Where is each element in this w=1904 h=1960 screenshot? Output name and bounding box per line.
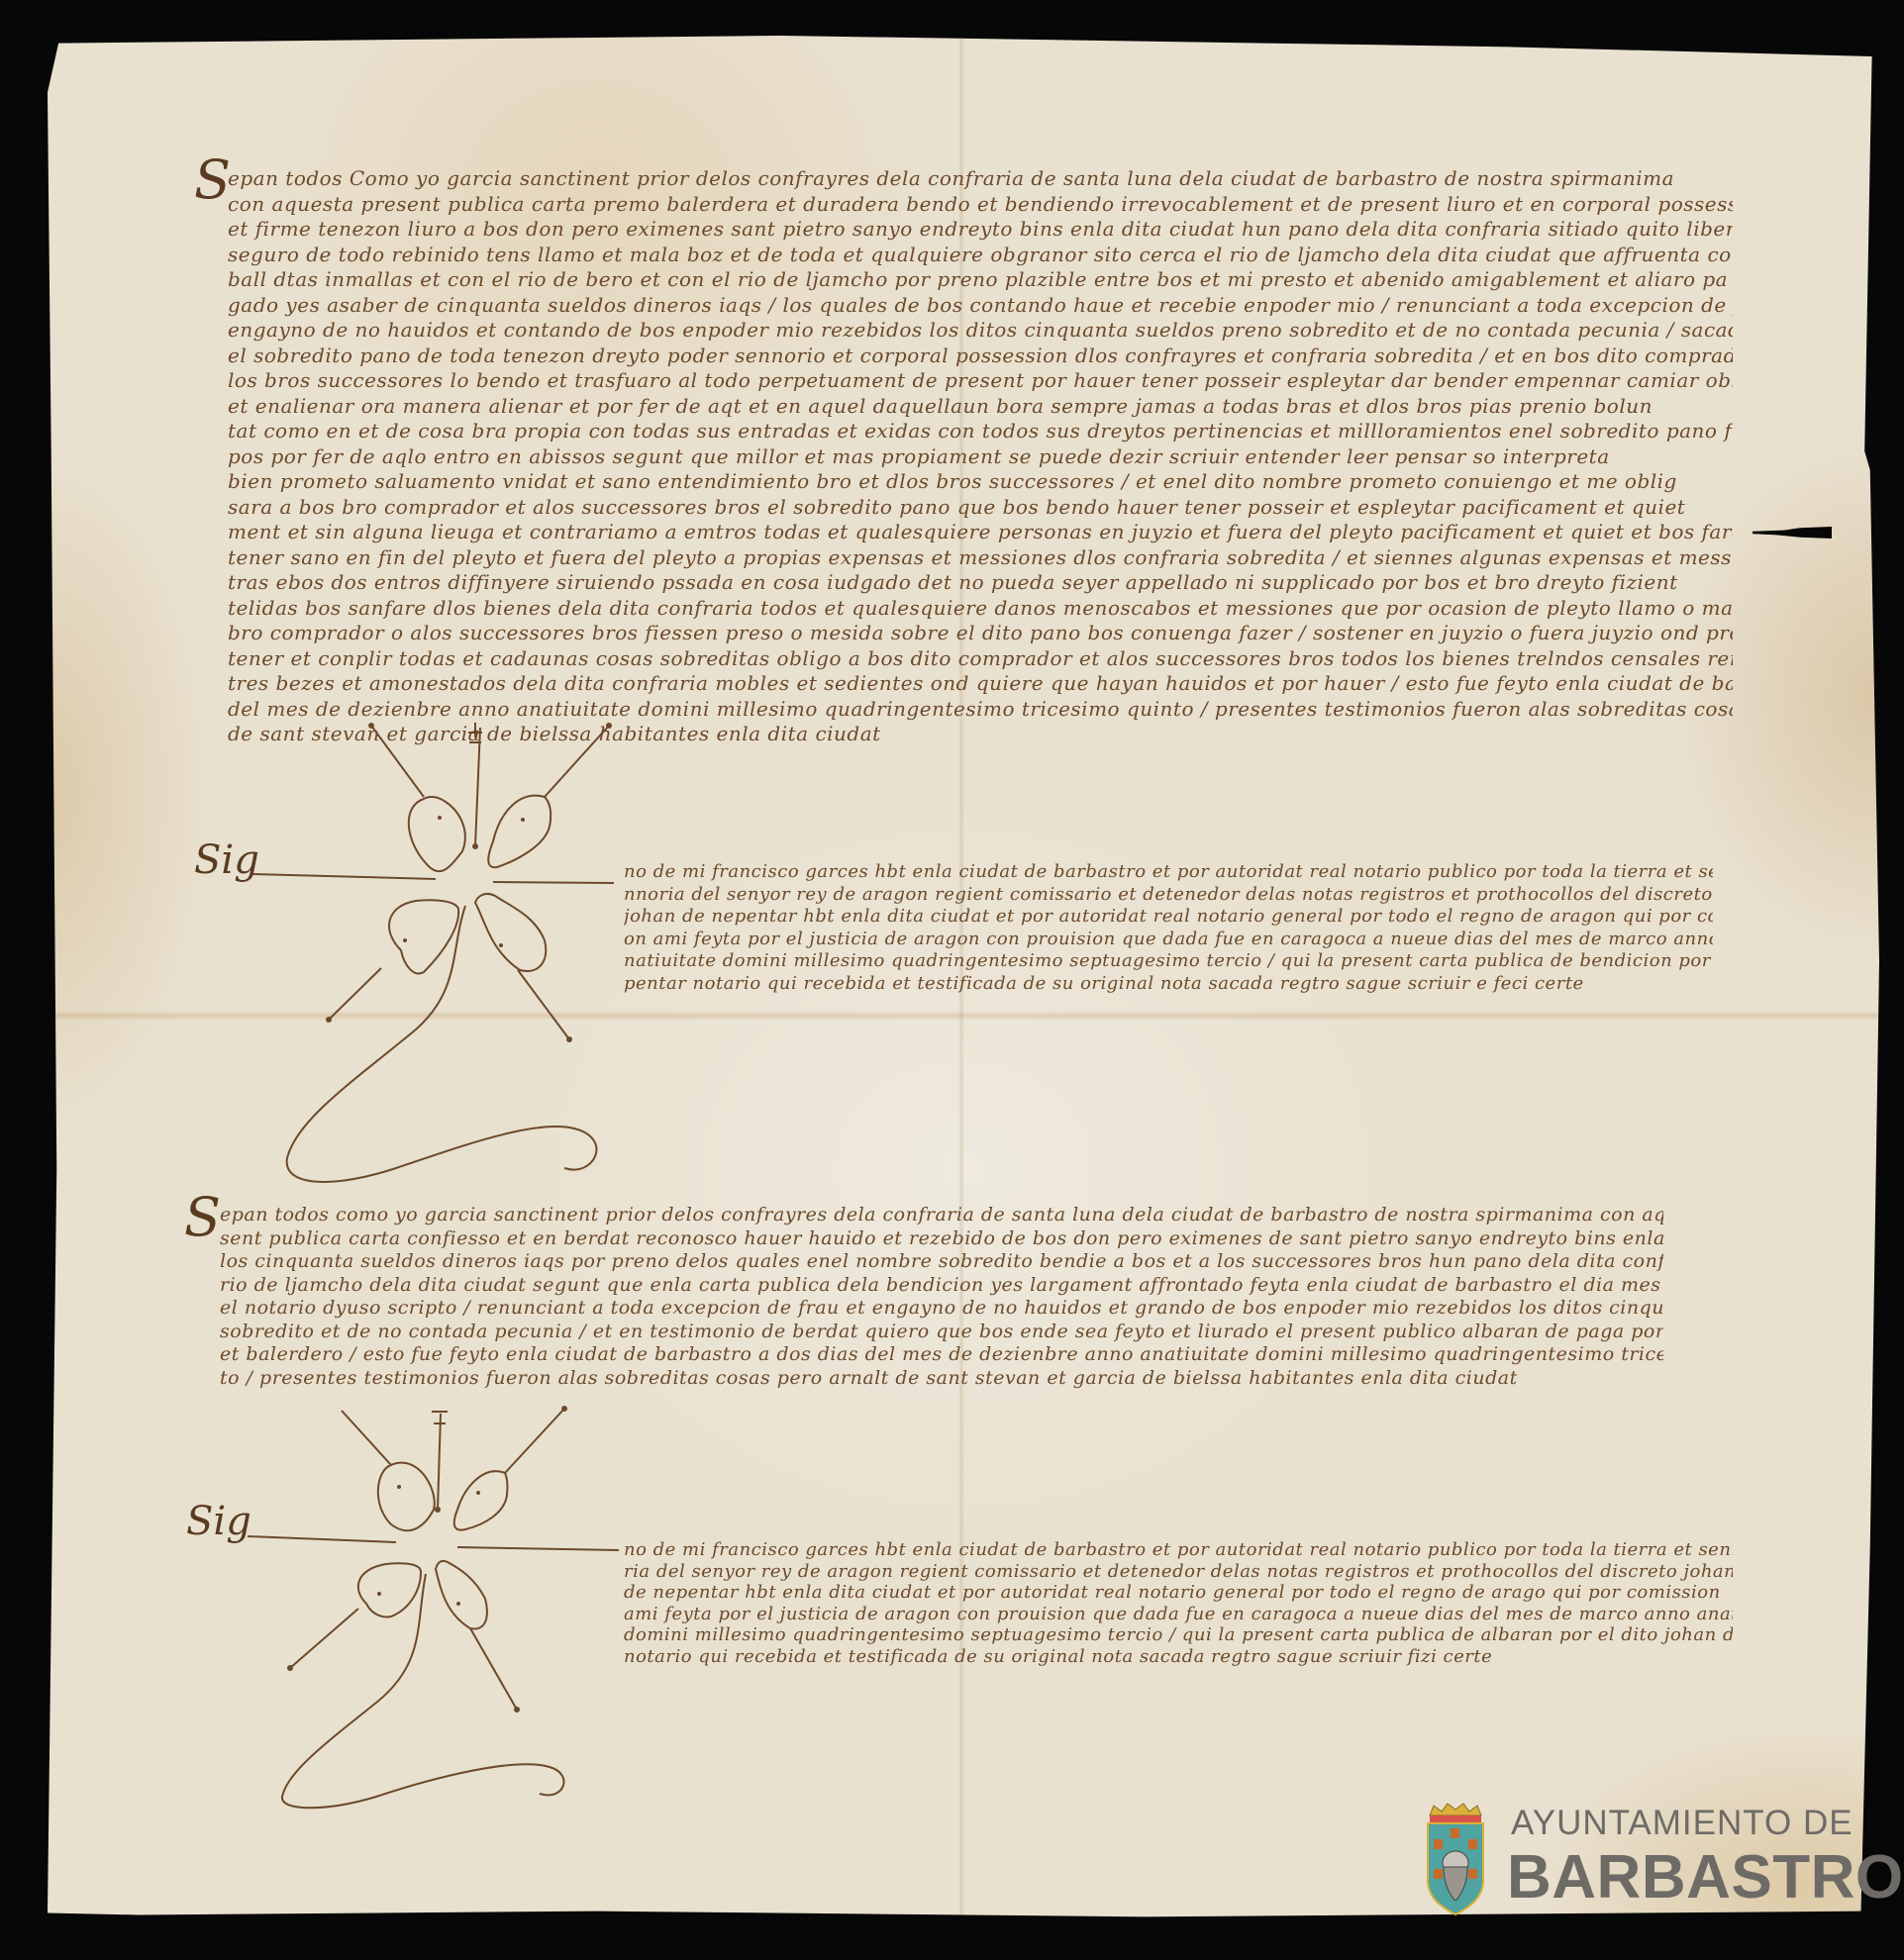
notarial-signum-2-icon <box>178 1406 644 1821</box>
text-line: epan todos Como yo garcia sanctinent pri… <box>228 166 1733 192</box>
text-line: gado yes asaber de cinquanta sueldos din… <box>228 293 1733 319</box>
text-line: sobredito et de no contada pecunia / et … <box>220 1321 1663 1344</box>
text-line: et firme tenezon liuro a bos don pero ex… <box>228 217 1733 243</box>
text-line: tener et conplir todas et cadaunas cosas… <box>228 646 1733 672</box>
text-line: tras ebos dos entros diffinyere siruiend… <box>228 570 1733 596</box>
text-line: ria del senyor rey de aragon regient com… <box>624 1561 1733 1583</box>
text-line: pentar notario qui recebida et testifica… <box>624 973 1713 996</box>
section-2-notary-subscription: no de mi francisco garces hbt enla ciuda… <box>624 861 1713 995</box>
text-line: con aquesta present publica carta premo … <box>228 192 1733 218</box>
text-line: natiuitate domini millesimo quadringente… <box>624 950 1713 973</box>
text-line: et balerdero / esto fue feyto enla ciuda… <box>220 1343 1663 1367</box>
text-line: no de mi francisco garces hbt enla ciuda… <box>624 1539 1733 1561</box>
text-line: ment et sin alguna lieuga et contrariamo… <box>228 520 1733 545</box>
logo-line-2: BARBASTRO <box>1507 1847 1904 1909</box>
text-line: no de mi francisco garces hbt enla ciuda… <box>624 861 1713 884</box>
text-line: sara a bos bro comprador et alos success… <box>228 495 1733 521</box>
text-line: ami feyta por el justicia de aragon con … <box>624 1604 1733 1625</box>
text-line: los bros successores lo bendo et trasfua… <box>228 368 1733 394</box>
text-line: on ami feyta por el justicia de aragon c… <box>624 929 1713 951</box>
text-line: telidas bos sanfare dlos bienes dela dit… <box>228 596 1733 622</box>
text-line: tat como en et de cosa bra propia con to… <box>228 419 1733 444</box>
text-line: el sobredito pano de toda tenezon dreyto… <box>228 343 1733 369</box>
section-4-notary-subscription: no de mi francisco garces hbt enla ciuda… <box>624 1539 1733 1667</box>
text-line: pos por fer de aqlo entro en abissos seg… <box>228 444 1733 470</box>
text-line: et enalienar ora manera alienar et por f… <box>228 394 1733 420</box>
section-3-text: epan todos como yo garcia sanctinent pri… <box>198 1204 1663 1390</box>
text-line: de nepentar hbt enla dita ciudat et por … <box>624 1582 1733 1604</box>
ayuntamiento-barbastro-logo: AYUNTAMIENTO DE BARBASTRO <box>1422 1802 1877 1918</box>
text-line: bien prometo saluamento vnidat et sano e… <box>228 469 1733 495</box>
text-line: sent publica carta confiesso et en berda… <box>220 1227 1663 1251</box>
text-line: el notario dyuso scripto / renunciant a … <box>220 1297 1663 1321</box>
text-line: los cinquanta sueldos dineros iaqs por p… <box>220 1250 1663 1274</box>
text-line: to / presentes testimonios fueron alas s… <box>220 1367 1663 1391</box>
text-line: johan de nepentar hbt enla dita ciudat e… <box>624 906 1713 929</box>
text-line: engayno de no hauidos et contando de bos… <box>228 318 1733 343</box>
text-line: seguro de todo rebinido tens llamo et ma… <box>228 243 1733 268</box>
text-line: bro comprador o alos successores bros fi… <box>228 621 1733 646</box>
coat-of-arms-icon <box>1424 1802 1487 1916</box>
text-line: tener sano en fin del pleyto et fuera de… <box>228 545 1733 571</box>
text-line: nnoria del senyor rey de aragon regient … <box>624 884 1713 907</box>
text-line: domini millesimo quadringentesimo septua… <box>624 1624 1733 1646</box>
logo-line-1: AYUNTAMIENTO DE <box>1511 1804 1854 1843</box>
text-line: ball dtas inmallas et con el rio de bero… <box>228 267 1733 293</box>
text-line: rio de ljamcho dela dita ciudat segunt q… <box>220 1274 1663 1298</box>
text-line: epan todos como yo garcia sanctinent pri… <box>220 1204 1663 1227</box>
notarial-signum-1-icon <box>178 693 644 1247</box>
section-1-text: epan todos Como yo garcia sanctinent pri… <box>208 166 1733 747</box>
text-line: notario qui recebida et testificada de s… <box>624 1646 1733 1668</box>
